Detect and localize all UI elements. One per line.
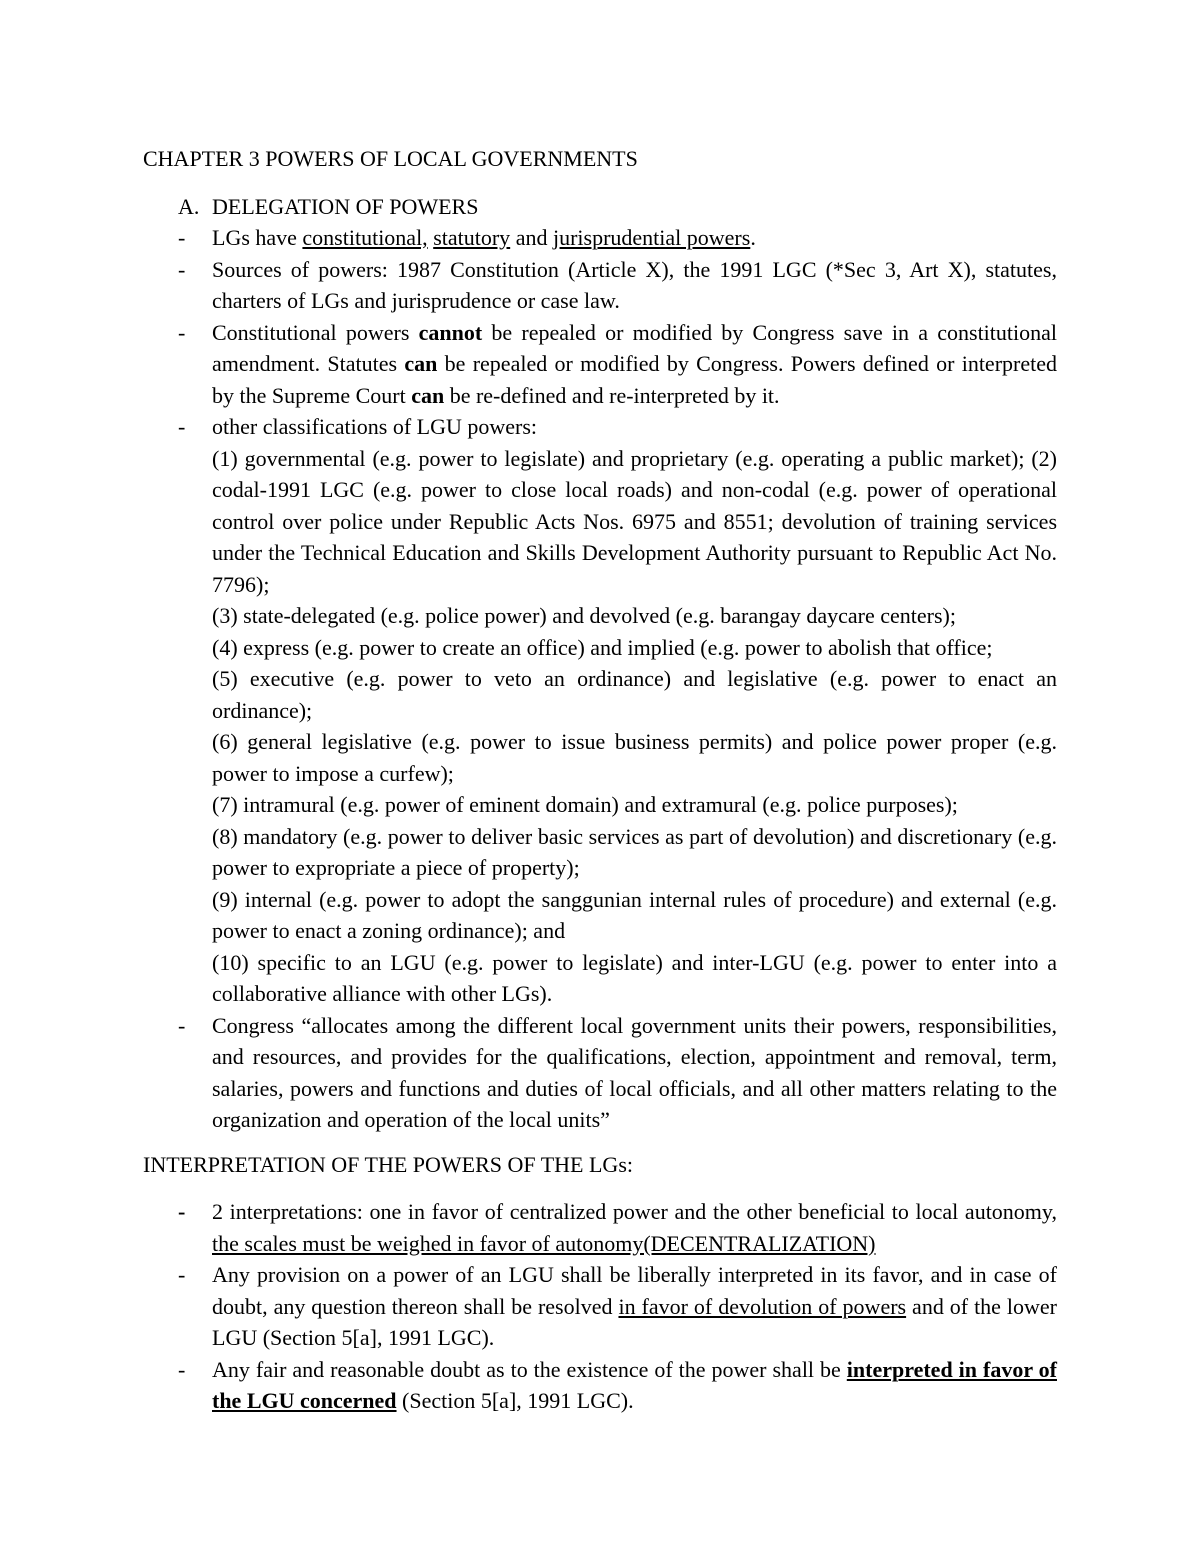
section-a-heading: A. DELEGATION OF POWERS	[178, 191, 1057, 223]
bullet-text: Any fair and reasonable doubt as to the …	[212, 1354, 1057, 1417]
bullet-item: - other classifications of LGU powers: (…	[178, 411, 1057, 1010]
bullet-dash: -	[178, 254, 212, 317]
document-page: CHAPTER 3 POWERS OF LOCAL GOVERNMENTS A.…	[0, 0, 1200, 1553]
classification-item: (3) state-delegated (e.g. police power) …	[212, 600, 1057, 632]
bullet-text: Congress “allocates among the different …	[212, 1010, 1057, 1136]
bullet-dash: -	[178, 1010, 212, 1136]
classification-item: (6) general legislative (e.g. power to i…	[212, 726, 1057, 789]
bullet-dash: -	[178, 317, 212, 412]
bullet-dash: -	[178, 1259, 212, 1354]
bullet-dash: -	[178, 1354, 212, 1417]
bullet-item: - LGs have constitutional, statutory and…	[178, 222, 1057, 254]
bullet-text: Constitutional powers cannot be repealed…	[212, 317, 1057, 412]
bullet-item: - Constitutional powers cannot be repeal…	[178, 317, 1057, 412]
classification-item: (8) mandatory (e.g. power to deliver bas…	[212, 821, 1057, 884]
bullet-item: - Sources of powers: 1987 Constitution (…	[178, 254, 1057, 317]
bullet-text: other classifications of LGU powers: (1)…	[212, 411, 1057, 1010]
bullet-text: 2 interpretations: one in favor of centr…	[212, 1196, 1057, 1259]
classification-item: (5) executive (e.g. power to veto an ord…	[212, 663, 1057, 726]
bullet-dash: -	[178, 1196, 212, 1259]
bullet-item: - Any provision on a power of an LGU sha…	[178, 1259, 1057, 1354]
bullet-intro: other classifications of LGU powers:	[212, 411, 1057, 443]
bullet-item: - Any fair and reasonable doubt as to th…	[178, 1354, 1057, 1417]
bullet-text: Any provision on a power of an LGU shall…	[212, 1259, 1057, 1354]
bullet-text: Sources of powers: 1987 Constitution (Ar…	[212, 254, 1057, 317]
bullet-dash: -	[178, 222, 212, 254]
section-a-title: DELEGATION OF POWERS	[212, 191, 1057, 223]
bullet-item: - Congress “allocates among the differen…	[178, 1010, 1057, 1136]
classification-item: (9) internal (e.g. power to adopt the sa…	[212, 884, 1057, 947]
bullet-text: LGs have constitutional, statutory and j…	[212, 222, 1057, 254]
classification-item: (1) governmental (e.g. power to legislat…	[212, 443, 1057, 601]
bullet-dash: -	[178, 411, 212, 1010]
classification-item: (4) express (e.g. power to create an off…	[212, 632, 1057, 664]
page-title: CHAPTER 3 POWERS OF LOCAL GOVERNMENTS	[143, 143, 1057, 175]
classification-item: (7) intramural (e.g. power of eminent do…	[212, 789, 1057, 821]
bullet-item: - 2 interpretations: one in favor of cen…	[178, 1196, 1057, 1259]
section-a-marker: A.	[178, 191, 212, 223]
classification-item: (10) specific to an LGU (e.g. power to l…	[212, 947, 1057, 1010]
interpretation-heading: INTERPRETATION OF THE POWERS OF THE LGs:	[143, 1149, 1057, 1181]
